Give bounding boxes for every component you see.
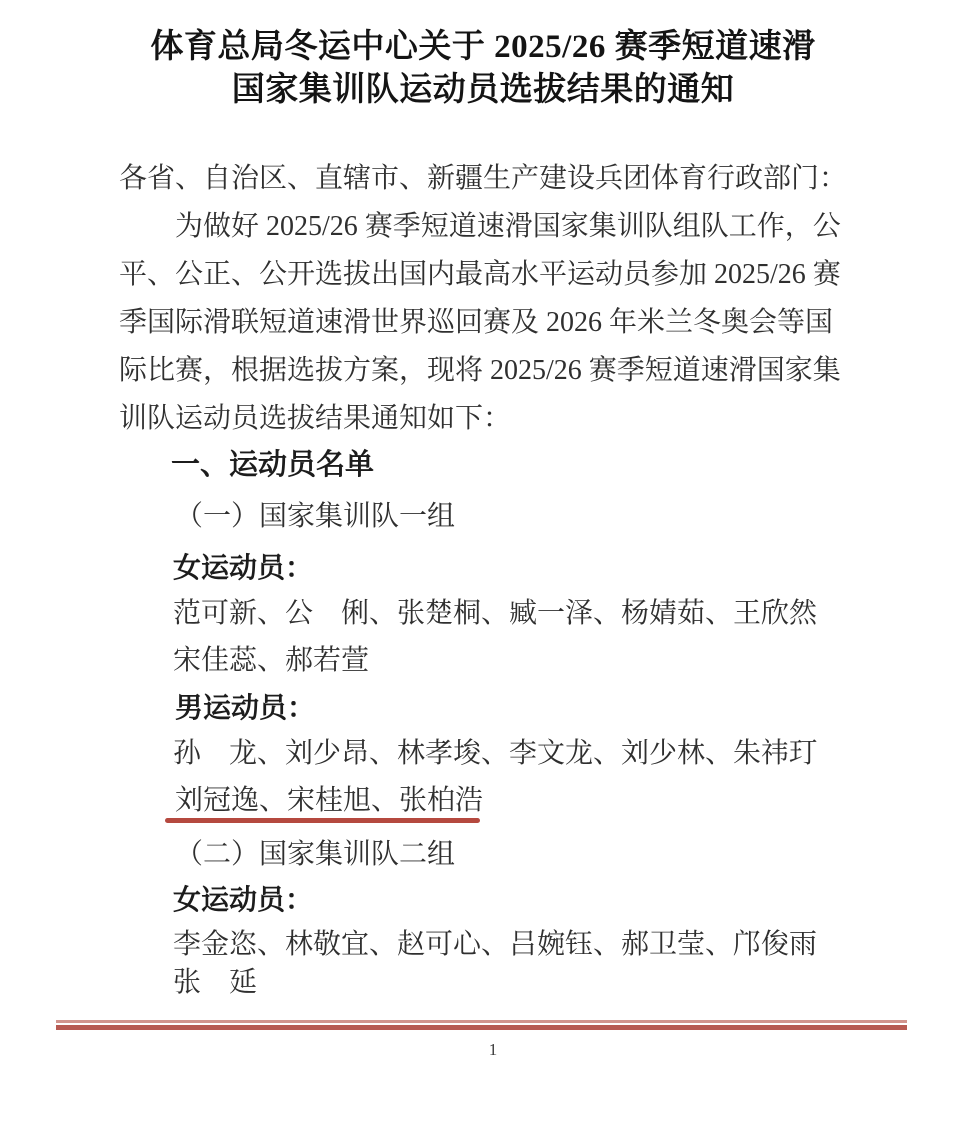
red-underline-marker [165, 818, 480, 823]
paragraph-line: 平、公正、公开选拔出国内最高水平运动员参加 2025/26 赛 [119, 252, 841, 298]
female-athletes-label-group1: 女运动员： [173, 545, 313, 591]
section-heading-athlete-list: 一、运动员名单 [171, 442, 374, 488]
page-number: 1 [119, 1040, 867, 1060]
document-page: 体育总局冬运中心关于 2025/26 赛季短道速滑 国家集训队运动员选拔结果的通… [0, 0, 960, 1123]
female-athletes-line: 宋佳蕊、郝若萱 [173, 638, 369, 684]
salutation-line: 各省、自治区、直辖市、新疆生产建设兵团体育行政部门： [119, 156, 847, 202]
paragraph-line: 季国际滑联短道速滑世界巡回赛及 2026 年米兰冬奥会等国 [119, 300, 833, 346]
group-2-label: （二）国家集训队二组 [175, 832, 455, 878]
female-athletes-line: 李金恣、林敬宜、赵可心、吕婉钰、郝卫莹、邝俊雨 [173, 922, 817, 968]
red-double-rule-thick-line [56, 1025, 907, 1030]
female-athletes-line: 张 延 [173, 960, 257, 1006]
female-athletes-label-group2: 女运动员： [173, 877, 313, 923]
doc-title-line-2: 国家集训队运动员选拔结果的通知 [119, 71, 847, 109]
doc-title-line-1: 体育总局冬运中心关于 2025/26 赛季短道速滑 [119, 28, 847, 66]
paragraph-line: 际比赛，根据选拔方案，现将 2025/26 赛季短道速滑国家集 [119, 348, 841, 394]
female-athletes-line: 范可新、公 俐、张楚桐、臧一泽、杨婧茹、王欣然 [173, 591, 817, 637]
paragraph-line: 为做好 2025/26 赛季短道速滑国家集训队组队工作，公 [175, 204, 841, 250]
male-athletes-line: 孙 龙、刘少昂、林孝埈、李文龙、刘少林、朱祎玎 [173, 731, 817, 777]
group-1-label: （一）国家集训队一组 [175, 494, 455, 540]
red-double-rule [56, 1020, 907, 1030]
male-athletes-label-group1: 男运动员： [175, 685, 315, 731]
paragraph-line: 训队运动员选拔结果通知如下： [119, 396, 511, 442]
